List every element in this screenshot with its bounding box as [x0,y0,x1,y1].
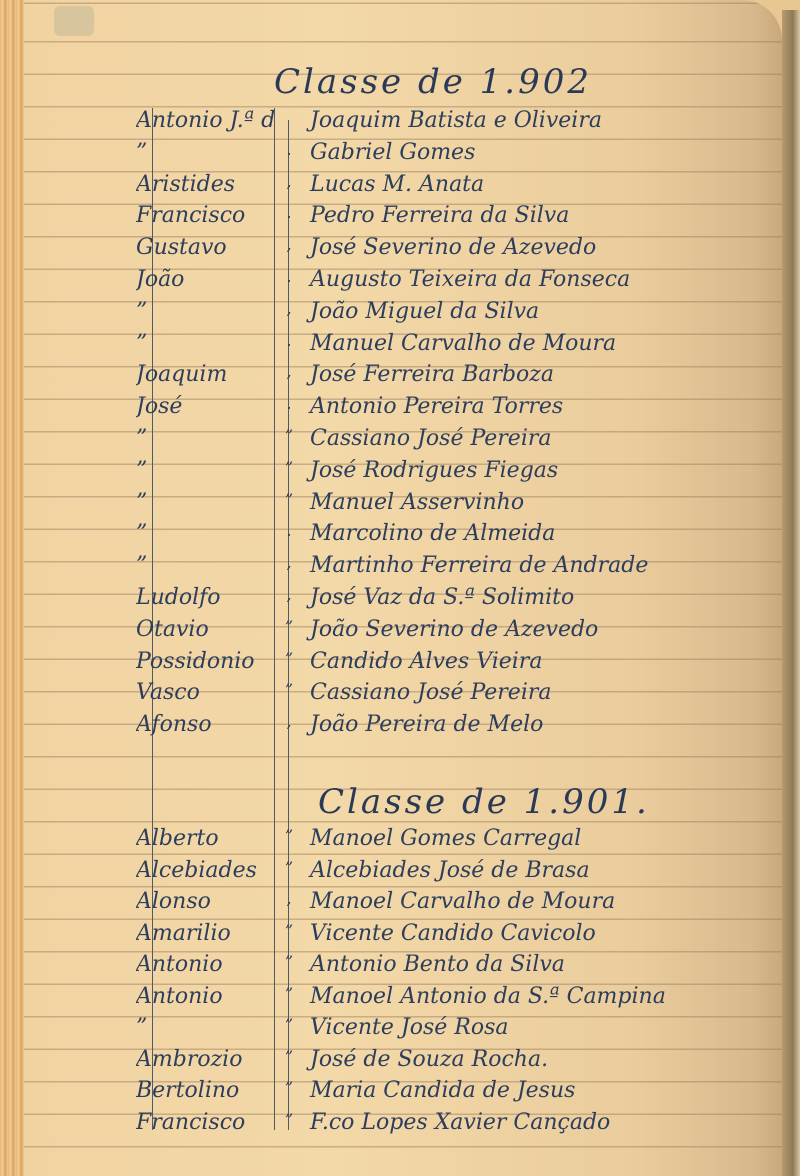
entry-first-name: Alberto [136,826,276,851]
entry-first-name: Antonio [136,952,276,977]
entry-first-name: Ambrozio [136,1047,276,1072]
entry-first-name: João [136,267,276,292]
entry-full-name: Manuel Carvalho de Moura [310,331,780,356]
ledger-entry-row: ””Cassiano José Pereira [24,426,782,458]
entry-full-name: José Rodrigues Fiegas [310,458,780,483]
entry-ditto-mark: . [278,203,300,222]
ledger-entry-row: ”,João Miguel da Silva [24,299,782,331]
entry-first-name: Antonio J.ª de [136,108,276,133]
ledger-entry-row: Aristides,Lucas M. Anata [24,172,782,204]
entry-ditto-mark: , [278,889,300,908]
entry-ditto-mark: ” [278,680,300,699]
ledger-entry-row: Bertolino”Maria Candida de Jesus [24,1078,782,1110]
entry-first-name: ” [136,490,276,515]
ledger-entry-row: Joaquim,José Ferreira Barboza [24,362,782,394]
entry-ditto-mark: ” [278,952,300,971]
ledger-page: Classe de 1.902 Antonio J.ª deJoaquim Ba… [24,0,782,1176]
entry-ditto-mark: ” [278,1047,300,1066]
entry-first-name: ” [136,1015,276,1040]
ledger-entry-row: ”,Martinho Ferreira de Andrade [24,553,782,585]
entry-first-name: Bertolino [136,1078,276,1103]
entry-first-name: Antonio [136,984,276,1009]
entry-first-name: Amarilio [136,921,276,946]
ledger-entry-row: Alonso,Manoel Carvalho de Moura [24,889,782,921]
entry-ditto-mark: , [278,712,300,731]
entry-full-name: Antonio Pereira Torres [310,394,780,419]
entry-ditto-mark: . [278,521,300,540]
section-heading-1901: Classe de 1.901. [318,782,650,822]
ledger-book: Classe de 1.902 Antonio J.ª deJoaquim Ba… [0,0,800,1176]
ledger-entry-row: Alberto”Manoel Gomes Carregal [24,826,782,858]
entry-full-name: Martinho Ferreira de Andrade [310,553,780,578]
entry-full-name: Vicente Candido Cavicolo [310,921,780,946]
ledger-entry-row: Antonio J.ª deJoaquim Batista e Oliveira [24,108,782,140]
entry-first-name: ” [136,140,276,165]
entry-first-name: Gustavo [136,235,276,260]
entry-first-name: Alcebiades [136,858,276,883]
entry-full-name: José Severino de Azevedo [310,235,780,260]
entry-ditto-mark: ” [278,458,300,477]
ledger-entry-row: ””Vicente José Rosa [24,1015,782,1047]
ledger-entry-row: Ludolfo,José Vaz da S.ª Solimito [24,585,782,617]
entry-full-name: Cassiano José Pereira [310,680,780,705]
ledger-entry-row: Francisco.Pedro Ferreira da Silva [24,203,782,235]
ledger-entry-row: Vasco”Cassiano José Pereira [24,680,782,712]
entry-first-name: ” [136,553,276,578]
entry-full-name: José Vaz da S.ª Solimito [310,585,780,610]
ledger-entry-row: João.Augusto Teixeira da Fonseca [24,267,782,299]
ledger-entry-row: ”.Manuel Carvalho de Moura [24,331,782,363]
ledger-entry-row: José.Antonio Pereira Torres [24,394,782,426]
entry-first-name: ” [136,521,276,546]
ledger-entry-row: Francisco”F.co Lopes Xavier Cançado [24,1110,782,1142]
entry-ditto-mark: ” [278,858,300,877]
entry-first-name: ” [136,458,276,483]
entry-full-name: João Miguel da Silva [310,299,780,324]
entry-first-name: Possidonio [136,649,276,674]
entry-full-name: Manoel Gomes Carregal [310,826,780,851]
ledger-entry-row: ”.Gabriel Gomes [24,140,782,172]
entry-full-name: Augusto Teixeira da Fonseca [310,267,780,292]
entry-full-name: José de Souza Rocha. [310,1047,780,1072]
ledger-entry-row: Ambrozio”José de Souza Rocha. [24,1047,782,1079]
entry-ditto-mark: ” [278,1078,300,1097]
entry-first-name: Alonso [136,889,276,914]
entry-ditto-mark: , [278,585,300,604]
entry-ditto-mark: . [278,267,300,286]
entry-ditto-mark: , [278,553,300,572]
ledger-entry-row: Amarilio”Vicente Candido Cavicolo [24,921,782,953]
entry-ditto-mark: ” [278,1015,300,1034]
entry-full-name: Pedro Ferreira da Silva [310,203,780,228]
entry-first-name: Francisco [136,203,276,228]
entry-full-name: José Ferreira Barboza [310,362,780,387]
ledger-entry-row: Antonio”Antonio Bento da Silva [24,952,782,984]
entry-first-name: Aristides [136,172,276,197]
entry-full-name: Alcebiades José de Brasa [310,858,780,883]
entry-full-name: Manoel Carvalho de Moura [310,889,780,914]
entry-full-name: Vicente José Rosa [310,1015,780,1040]
entry-full-name: Manoel Antonio da S.ª Campina [310,984,780,1009]
entry-first-name: Joaquim [136,362,276,387]
entry-full-name: Maria Candida de Jesus [310,1078,780,1103]
ledger-entry-row: ””José Rodrigues Fiegas [24,458,782,490]
entry-first-name: Ludolfo [136,585,276,610]
entry-full-name: Antonio Bento da Silva [310,952,780,977]
entry-ditto-mark: ” [278,649,300,668]
entry-full-name: Gabriel Gomes [310,140,780,165]
page-curl-edge [782,10,800,1176]
ledger-entry-row: Otavio”João Severino de Azevedo [24,617,782,649]
entry-full-name: Cassiano José Pereira [310,426,780,451]
entry-ditto-mark: , [278,172,300,191]
ledger-entry-row: Gustavo,José Severino de Azevedo [24,235,782,267]
entry-full-name: Candido Alves Vieira [310,649,780,674]
ledger-entry-row: Possidonio”Candido Alves Vieira [24,649,782,681]
entry-ditto-mark: ” [278,617,300,636]
entry-ditto-mark: , [278,235,300,254]
entry-first-name: José [136,394,276,419]
entry-ditto-mark: , [278,299,300,318]
entry-ditto-mark: ” [278,984,300,1003]
ledger-entry-row: Afonso,João Pereira de Melo [24,712,782,744]
ledger-entry-row: ”.Marcolino de Almeida [24,521,782,553]
entry-first-name: Otavio [136,617,276,642]
stacked-page-edges [0,0,26,1176]
entry-ditto-mark: . [278,394,300,413]
entry-ditto-mark: ” [278,1110,300,1129]
entry-full-name: João Severino de Azevedo [310,617,780,642]
entry-ditto-mark: . [278,140,300,159]
entry-ditto-mark: ” [278,921,300,940]
section-heading-1902: Classe de 1.902 [274,62,592,102]
entry-ditto-mark: ” [278,826,300,845]
entry-first-name: ” [136,299,276,324]
ledger-entry-row: Antonio”Manoel Antonio da S.ª Campina [24,984,782,1016]
entry-first-name: Francisco [136,1110,276,1135]
entry-first-name: Afonso [136,712,276,737]
entry-first-name: ” [136,426,276,451]
entry-full-name: Manuel Asservinho [310,490,780,515]
ledger-entry-row: Alcebiades”Alcebiades José de Brasa [24,858,782,890]
entry-ditto-mark: . [278,331,300,350]
entry-full-name: João Pereira de Melo [310,712,780,737]
entry-full-name: F.co Lopes Xavier Cançado [310,1110,780,1135]
entry-full-name: Joaquim Batista e Oliveira [310,108,780,133]
entry-ditto-mark: , [278,362,300,381]
ledger-entry-row: ””Manuel Asservinho [24,490,782,522]
entry-full-name: Marcolino de Almeida [310,521,780,546]
entry-full-name: Lucas M. Anata [310,172,780,197]
entry-ditto-mark: ” [278,490,300,509]
entry-first-name: ” [136,331,276,356]
entry-ditto-mark: ” [278,426,300,445]
entry-first-name: Vasco [136,680,276,705]
